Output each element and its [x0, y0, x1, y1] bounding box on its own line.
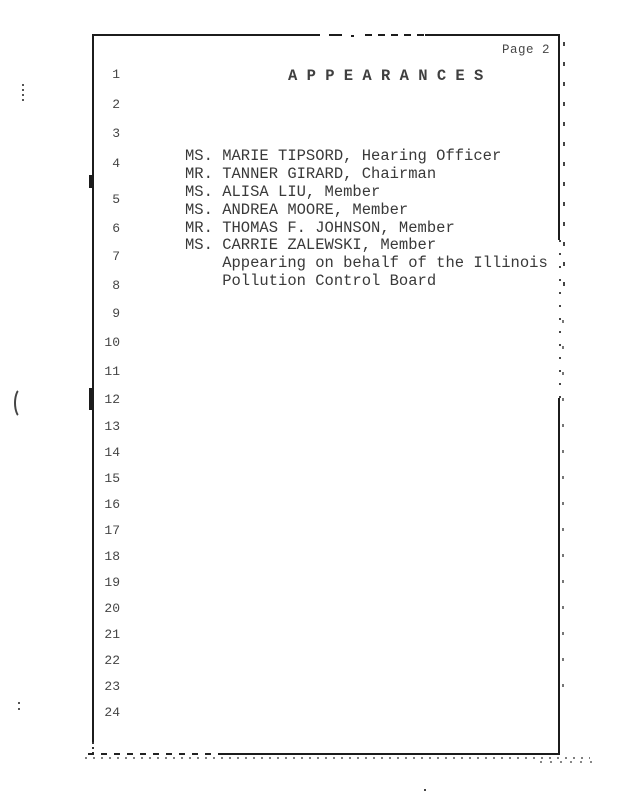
- line-number: 20: [94, 602, 120, 616]
- scan-blob-left-border-mid: [89, 388, 93, 410]
- appearance-line: MR. THOMAS F. JOHNSON, Member: [185, 220, 548, 238]
- line-number: 1: [94, 68, 120, 82]
- line-number: 22: [94, 654, 120, 668]
- line-number: 7: [94, 250, 120, 264]
- line-number: 9: [94, 307, 120, 321]
- line-number: 16: [94, 498, 120, 512]
- scan-mark-left-margin-paren: [14, 387, 30, 419]
- line-number: 12: [94, 393, 120, 407]
- page-border-top: [93, 34, 320, 36]
- line-number: 6: [94, 222, 120, 236]
- appearance-line: MS. CARRIE ZALEWSKI, Member: [185, 237, 548, 255]
- page-border-right-lower: [558, 398, 560, 755]
- page-border-top-dashed-segment: [365, 34, 425, 36]
- appearance-line: MS. ALISA LIU, Member: [185, 184, 548, 202]
- scanned-transcript-page: Page 2 A P P E A R A N C E S 12345678910…: [0, 0, 618, 800]
- appearance-line: Appearing on behalf of the Illinois: [185, 255, 548, 273]
- scan-noise-right-edge-upper: [563, 42, 565, 302]
- appearance-line: MR. TANNER GIRARD, Chairman: [185, 166, 548, 184]
- line-number: 8: [94, 279, 120, 293]
- line-number: 21: [94, 628, 120, 642]
- line-number: 19: [94, 576, 120, 590]
- page-border-bottom: [218, 753, 560, 755]
- line-number: 11: [94, 365, 120, 379]
- page-border-bottom-dashes: [88, 753, 218, 755]
- scan-noise-bottom-row-2: [540, 761, 600, 763]
- line-number: 17: [94, 524, 120, 538]
- line-number: 10: [94, 336, 120, 350]
- line-number: 4: [94, 157, 120, 171]
- scan-noise-bottom-row: [85, 757, 590, 759]
- page-number-label: Page 2: [502, 43, 550, 57]
- page-border-top-right: [425, 34, 560, 36]
- scan-blob-left-border-upper: [89, 175, 93, 188]
- scan-mark-left-margin-top: [22, 84, 24, 101]
- appearances-heading: A P P E A R A N C E S: [288, 67, 483, 85]
- scan-noise-right-edge-lower: [562, 320, 564, 700]
- page-border-right-upper: [558, 34, 560, 240]
- line-number: 18: [94, 550, 120, 564]
- line-number: 23: [94, 680, 120, 694]
- scan-mark-left-margin-bottom: [18, 702, 20, 714]
- line-number: 14: [94, 446, 120, 460]
- line-number: 5: [94, 193, 120, 207]
- appearance-line: Pollution Control Board: [185, 273, 548, 291]
- appearance-list: MS. MARIE TIPSORD, Hearing OfficerMR. TA…: [185, 95, 548, 291]
- page-border-top-dot: [351, 35, 354, 37]
- appearance-line: MS. MARIE TIPSORD, Hearing Officer: [185, 148, 548, 166]
- page-border-right-dotted: [559, 240, 561, 398]
- line-number: 2: [94, 98, 120, 112]
- line-number: 3: [94, 127, 120, 141]
- line-number: 13: [94, 420, 120, 434]
- appearance-line: MS. ANDREA MOORE, Member: [185, 202, 548, 220]
- line-number: 15: [94, 472, 120, 486]
- line-number: 24: [94, 706, 120, 720]
- scan-stray-dot: [424, 789, 426, 791]
- page-border-top-dash: [329, 34, 342, 36]
